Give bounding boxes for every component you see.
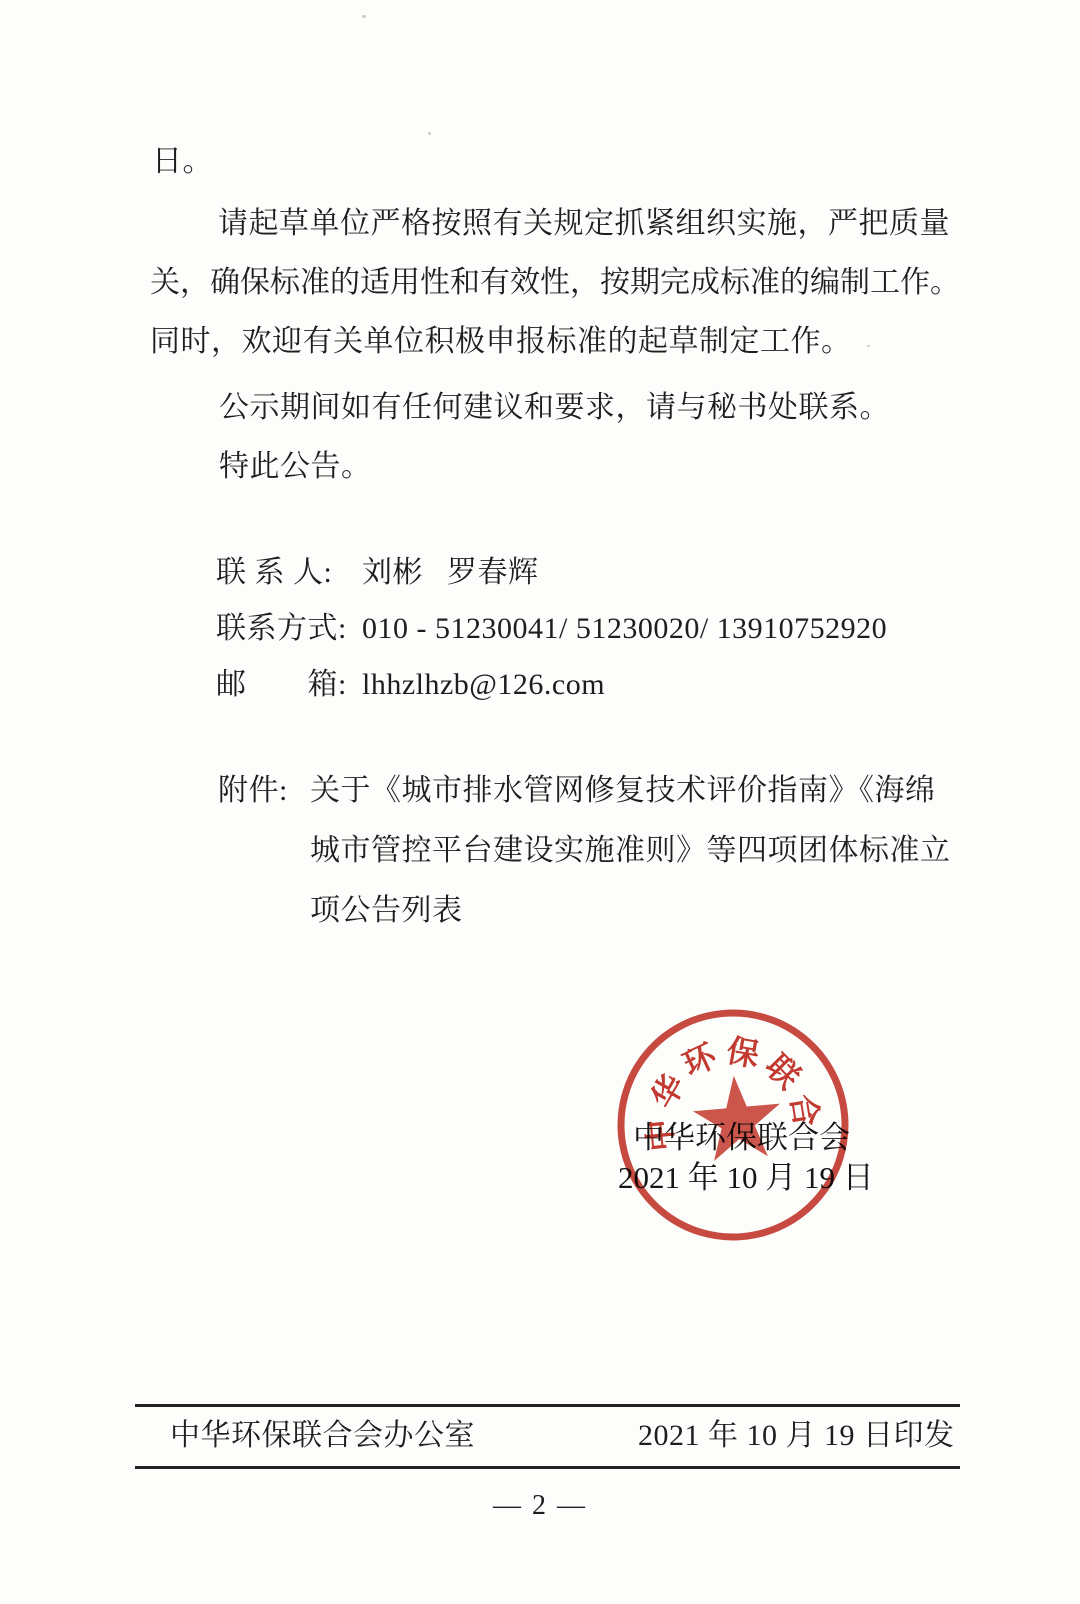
contact-person-value: 刘彬 罗春辉 <box>362 553 539 593</box>
contact-person-label: 联 系 人: <box>216 553 332 593</box>
paragraph1-line3: 同时，欢迎有关单位积极申报标准的起草制定工作。 <box>150 322 852 362</box>
contact-phone-value: 010 - 51230041/ 51230020/ 13910752920 <box>362 609 887 649</box>
paragraph2-line: 公示期间如有任何建议和要求，请与秘书处联系。 <box>219 388 890 428</box>
footer-print-date: 2021 年 10 月 19 日印发 <box>638 1416 955 1456</box>
attachment-label: 附件: <box>218 771 288 811</box>
scan-speck <box>362 15 366 18</box>
attachment-line2: 城市管控平台建设实施准则》等四项团体标准立 <box>310 831 951 871</box>
contact-email-value: lhhzlhzb@126.com <box>362 665 605 705</box>
body-carryover-line: 日。 <box>152 142 213 182</box>
attachment-line1: 关于《城市排水管网修复技术评价指南》《海绵 <box>310 771 936 811</box>
signature-date: 2021 年 10 月 19 日 <box>618 1152 874 1197</box>
document-page: 日。 请起草单位严格按照有关规定抓紧组织实施，严把质量 关，确保标准的适用性和有… <box>0 0 1080 1604</box>
scan-speck <box>428 132 431 135</box>
scan-speck <box>867 345 870 347</box>
contact-phone-label: 联系方式: <box>216 609 347 649</box>
signature-org: 中华环保联合会 <box>633 1112 850 1157</box>
attachment-line3: 项公告列表 <box>310 891 463 931</box>
footer-office: 中华环保联合会办公室 <box>170 1416 475 1456</box>
paragraph1-line2: 关，确保标准的适用性和有效性，按期完成标准的编制工作。 <box>150 263 960 303</box>
footer-rule-top <box>135 1404 960 1407</box>
paragraph1-line1: 请起草单位严格按照有关规定抓紧组织实施，严把质量 <box>218 204 950 244</box>
contact-email-label: 邮 箱: <box>216 665 347 705</box>
paragraph3-line: 特此公告。 <box>219 447 372 487</box>
footer-rule-bottom <box>135 1466 960 1469</box>
page-number: — 2 — <box>0 1490 1080 1522</box>
